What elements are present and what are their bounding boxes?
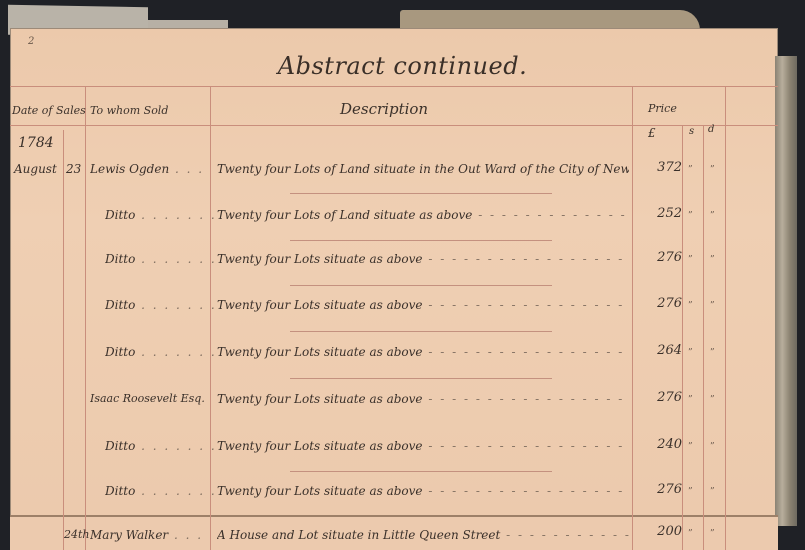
row-price-shillings: ” [688, 487, 693, 497]
row-price-shillings: ” [688, 348, 693, 358]
row-price-pence: ” [710, 487, 715, 497]
row-separator [290, 240, 552, 241]
row-separator [290, 193, 552, 194]
row-description: Twenty four Lots of Land situate in the … [217, 162, 629, 176]
row-buyer: Ditto . . . . . . . . . [105, 484, 220, 498]
row-separator [290, 285, 552, 286]
header-bottom-rule [10, 125, 778, 126]
row-description: Twenty four Lots situate as above - - - … [217, 345, 629, 359]
column-rule [210, 86, 211, 550]
row-description: Twenty four Lots situate as above - - - … [217, 484, 629, 498]
header-description: Description [340, 100, 428, 118]
row-separator [290, 331, 552, 332]
header-date-of-sales: Date of Sales [12, 104, 86, 117]
row-day: 23 [66, 162, 81, 176]
row-description: Twenty four Lots situate as above - - - … [217, 392, 629, 406]
header-shillings: s [689, 126, 694, 137]
row-price-shillings: ” [688, 442, 693, 452]
worn-binding-edge [775, 56, 797, 526]
row-buyer: Mary Walker . . . . . [90, 528, 205, 542]
row-price-pence: ” [710, 348, 715, 358]
row-price-shillings: ” [688, 211, 693, 221]
row-buyer: Isaac Roosevelt Esq. [90, 392, 210, 405]
row-buyer: Ditto . . . . . . . . . [105, 252, 220, 266]
row-price-pounds: 276 [640, 482, 682, 497]
row-separator [290, 471, 552, 472]
column-rule [632, 86, 633, 550]
column-rule [703, 126, 704, 550]
row-description: Twenty four Lots situate as above - - - … [217, 298, 629, 312]
column-rule [85, 86, 86, 550]
row-price-shillings: ” [688, 301, 693, 311]
row-day: 24th [64, 528, 90, 541]
row-price-pounds: 276 [640, 250, 682, 265]
row-price-pence: ” [710, 301, 715, 311]
row-price-pounds: 264 [640, 343, 682, 358]
row-description: A House and Lot situate in Little Queen … [217, 528, 629, 542]
header-to-whom-sold: To whom Sold [90, 104, 168, 117]
row-price-shillings: ” [688, 255, 693, 265]
row-month: August [14, 162, 57, 176]
row-price-pounds: 240 [640, 437, 682, 452]
header-top-rule [10, 86, 778, 87]
row-description: Twenty four Lots situate as above - - - … [217, 252, 629, 266]
row-price-pounds: 372 [640, 160, 682, 175]
row-buyer: Ditto . . . . . . . . . [105, 439, 220, 453]
page-title: Abstract continued. [0, 52, 805, 80]
year: 1784 [18, 135, 54, 151]
row-price-pence: ” [710, 442, 715, 452]
row-price-pounds: 252 [640, 206, 682, 221]
header-pence: d [708, 124, 714, 135]
row-price-shillings: ” [688, 529, 693, 539]
column-rule [682, 126, 683, 550]
row-price-pence: ” [710, 165, 715, 175]
column-rule [63, 130, 64, 550]
row-price-shillings: ” [688, 165, 693, 175]
row-description: Twenty four Lots of Land situate as abov… [217, 208, 629, 222]
row-separator [290, 378, 552, 379]
row-buyer: Ditto . . . . . . . . . [105, 345, 220, 359]
column-rule [725, 86, 726, 550]
row-price-pounds: 276 [640, 296, 682, 311]
row-price-pence: ” [710, 395, 715, 405]
row-buyer: Ditto . . . . . . . . . [105, 208, 220, 222]
header-pounds: £ [648, 126, 656, 140]
row-description: Twenty four Lots situate as above - - - … [217, 439, 629, 453]
row-price-pence: ” [710, 529, 715, 539]
header-price: Price [648, 102, 677, 115]
row-buyer: Lewis Ogden . . . . . . [90, 162, 205, 176]
row-price-pence: ” [710, 211, 715, 221]
row-price-pounds: 200 [640, 524, 682, 539]
page-number: 2 [28, 36, 34, 47]
row-buyer: Ditto . . . . . . . . . [105, 298, 220, 312]
row-price-pence: ” [710, 255, 715, 265]
row-price-shillings: ” [688, 395, 693, 405]
row-price-pounds: 276 [640, 390, 682, 405]
